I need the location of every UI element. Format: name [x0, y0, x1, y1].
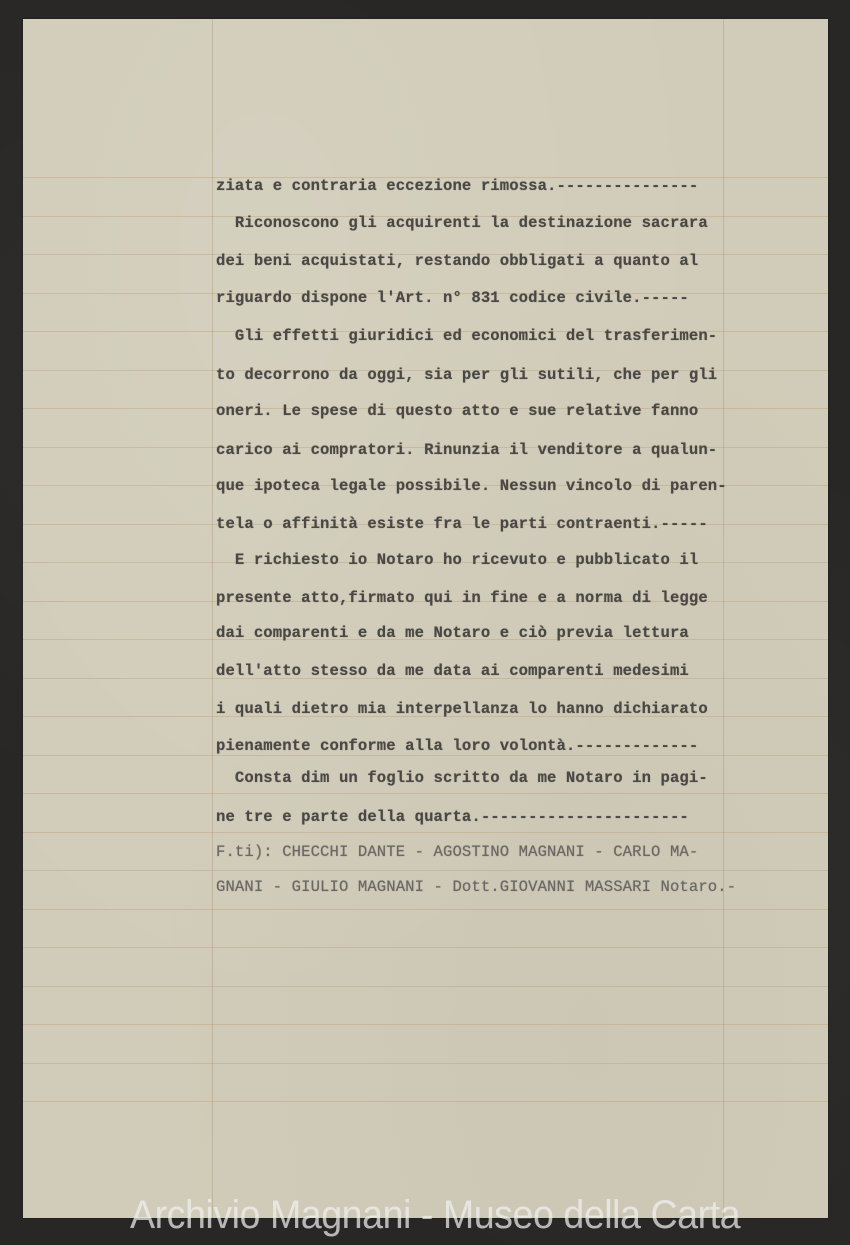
- signature-line: F.ti): CHECCHI DANTE - AGOSTINO MAGNANI …: [216, 843, 698, 861]
- typed-line: que ipoteca legale possibile. Nessun vin…: [216, 477, 727, 495]
- typed-line: presente atto,firmato qui in fine e a no…: [216, 589, 708, 607]
- typed-line: dai comparenti e da me Notaro e ciò prev…: [216, 624, 689, 642]
- typed-line: carico ai compratori. Rinunzia il vendit…: [216, 441, 717, 459]
- left-margin-line: [212, 19, 213, 1218]
- typed-line: Riconoscono gli acquirenti la destinazio…: [216, 214, 708, 232]
- ruled-line: [23, 1024, 828, 1025]
- typed-line: E richiesto io Notaro ho ricevuto e pubb…: [216, 551, 698, 569]
- ruled-line: [23, 909, 828, 910]
- ruled-line: [23, 1101, 828, 1102]
- archive-watermark: Archivio Magnani - Museo della Carta: [130, 1193, 740, 1238]
- typed-line: ziata e contraria eccezione rimossa.----…: [216, 177, 698, 195]
- ruled-line: [23, 986, 828, 987]
- typed-line: dei beni acquistati, restando obbligati …: [216, 252, 698, 270]
- ruled-line: [23, 755, 828, 756]
- ruled-line: [23, 947, 828, 948]
- ruled-line: [23, 870, 828, 871]
- typed-line: dell'atto stesso da me data ai comparent…: [216, 662, 689, 680]
- ruled-line: [23, 1063, 828, 1064]
- typed-line: oneri. Le spese di questo atto e sue rel…: [216, 402, 698, 420]
- typed-line: to decorrono da oggi, sia per gli sutili…: [216, 366, 717, 384]
- ruled-line: [23, 793, 828, 794]
- typed-line: Gli effetti giuridici ed economici del t…: [216, 327, 717, 345]
- right-margin-line: [723, 19, 724, 1218]
- typed-line: ne tre e parte della quarta.------------…: [216, 808, 689, 826]
- ruled-line: [23, 832, 828, 833]
- typed-line: i quali dietro mia interpellanza lo hann…: [216, 700, 708, 718]
- typed-line: Consta dim un foglio scritto da me Notar…: [216, 769, 708, 787]
- signature-line: GNANI - GIULIO MAGNANI - Dott.GIOVANNI M…: [216, 878, 736, 896]
- document-page: [23, 19, 828, 1218]
- typed-line: pienamente conforme alla loro volontà.--…: [216, 737, 698, 755]
- typed-line: tela o affinità esiste fra le parti cont…: [216, 515, 708, 533]
- typed-line: riguardo dispone l'Art. n° 831 codice ci…: [216, 289, 689, 307]
